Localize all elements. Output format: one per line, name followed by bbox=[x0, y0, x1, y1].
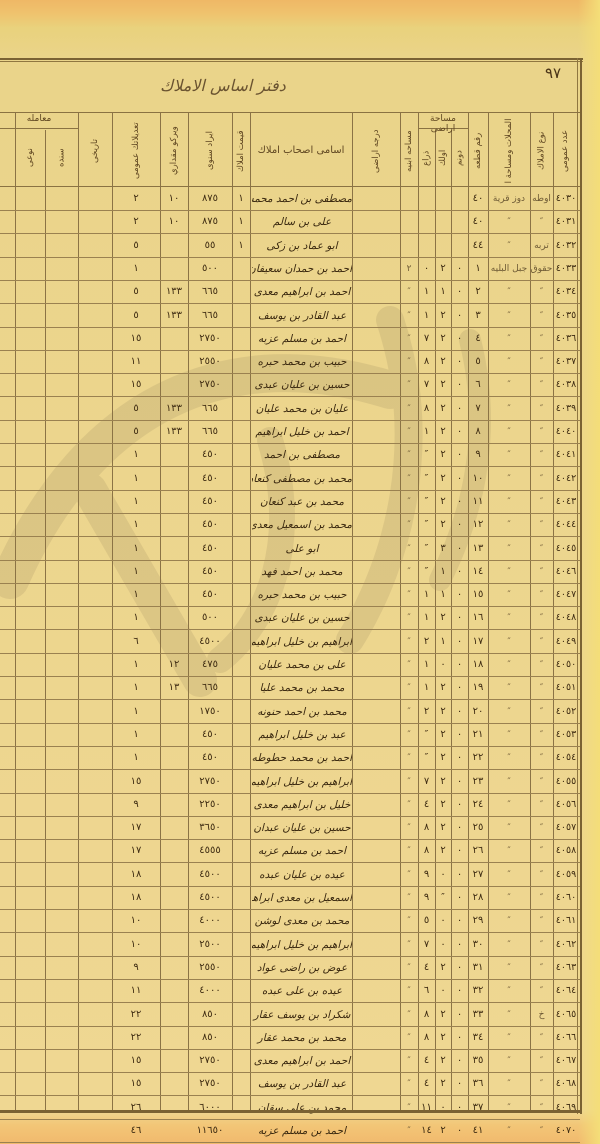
cell-evlek: ١ bbox=[435, 630, 451, 654]
cell-id: ٤٠٣٧ bbox=[553, 350, 579, 374]
cell-value: ٥٥ bbox=[188, 234, 232, 258]
cell-evlek: ٢ bbox=[435, 956, 451, 980]
cell-id: ٤٠٥٦ bbox=[553, 793, 579, 817]
cell-loc: خ bbox=[530, 1003, 553, 1027]
cell-locality: ″ bbox=[488, 863, 530, 887]
header-revenue: ايراد سنوى bbox=[188, 118, 232, 184]
cell-tax2: ١٨ bbox=[112, 863, 160, 887]
cell-name: حسين بن عليان عبدى bbox=[252, 373, 352, 397]
cell-value: ٤٥٠ bbox=[188, 467, 232, 491]
cell-loc: ″ bbox=[530, 816, 553, 840]
cell-tax1 bbox=[160, 1026, 188, 1050]
header-serial: عدد عمومى bbox=[553, 118, 577, 184]
cell-arshin: ″ bbox=[418, 537, 435, 561]
cell-tax1 bbox=[160, 373, 188, 397]
cell-value: ٢٥٠٠ bbox=[188, 933, 232, 957]
cell-value: ٢٥٥٠ bbox=[188, 956, 232, 980]
cell-dunum: ٠ bbox=[451, 397, 468, 421]
cell-evlek: ٢ bbox=[435, 420, 451, 444]
cell-id: ٤٠٧٠ bbox=[553, 1119, 579, 1143]
header-top-rule bbox=[0, 112, 580, 113]
cell-name: ابراهيم بن خليل ابراهيم bbox=[252, 933, 352, 957]
cell-bldg: ″ bbox=[400, 676, 418, 700]
cell-tax2: ١١ bbox=[112, 979, 160, 1003]
cell-bldg: ″ bbox=[400, 397, 418, 421]
cell-locality: ″ bbox=[488, 816, 530, 840]
cell-value: ٤٥٠ bbox=[188, 746, 232, 770]
cell-bldg: ٢ bbox=[400, 257, 418, 281]
cell-tax2: ٦ bbox=[112, 630, 160, 654]
cell-arshin: ٨ bbox=[418, 839, 435, 863]
table-row: ٤٠٥١″″١٩٠٢١″محمد بن محمد عليا٦٦٥١٣١ bbox=[0, 676, 580, 701]
cell-tax1 bbox=[160, 1003, 188, 1027]
cell-dunum bbox=[451, 187, 468, 211]
cell-evlek: ٢ bbox=[435, 467, 451, 491]
cell-loc: ″ bbox=[530, 956, 553, 980]
cell-bldg: ″ bbox=[400, 420, 418, 444]
cell-tax2: ١ bbox=[112, 257, 160, 281]
cell-id: ٤٠٦٥ bbox=[553, 1003, 579, 1027]
cell-share bbox=[232, 373, 250, 397]
header-value: قيمت املاك bbox=[232, 118, 250, 184]
cell-bldg: ″ bbox=[400, 1096, 418, 1120]
cell-loc: ″ bbox=[530, 537, 553, 561]
cell-evlek: ٢ bbox=[435, 770, 451, 794]
cell-tax1 bbox=[160, 956, 188, 980]
cell-locality: ″ bbox=[488, 630, 530, 654]
table-row: ٤٠٣٧″″٥٠٢٨″حبيب بن محمد حبره٢٥٥٠١١ bbox=[0, 350, 580, 375]
cell-loc: ″ bbox=[530, 1119, 553, 1143]
cell-name: احمد بن حمدان سعيفان bbox=[252, 257, 352, 281]
cell-locality: ″ bbox=[488, 1026, 530, 1050]
cell-tax2: ١ bbox=[112, 537, 160, 561]
cell-locality: ″ bbox=[488, 1072, 530, 1096]
cell-evlek: ٢ bbox=[435, 676, 451, 700]
cell-locality: ″ bbox=[488, 583, 530, 607]
cell-value: ٤٠٠٠ bbox=[188, 909, 232, 933]
cell-arshin: ٨ bbox=[418, 397, 435, 421]
cell-value: ٨٧٥ bbox=[188, 210, 232, 234]
cell-name: احمد بن ابراهيم معدى bbox=[252, 1049, 352, 1073]
cell-name: مصطفى بن احمد محمش bbox=[252, 187, 352, 211]
cell-share bbox=[232, 537, 250, 561]
cell-locality: ″ bbox=[488, 886, 530, 910]
cell-tax2: ١٧ bbox=[112, 816, 160, 840]
cell-loc: ″ bbox=[530, 583, 553, 607]
cell-dunum: ٠ bbox=[451, 467, 468, 491]
table-row: ٤٠٥٧″″٢٥٠٢٨″حسين بن عليان عبدان٣٦٥٠١٧ bbox=[0, 816, 580, 841]
cell-tax1 bbox=[160, 1049, 188, 1073]
cell-loc: ″ bbox=[530, 280, 553, 304]
cell-dunum: ٠ bbox=[451, 933, 468, 957]
cell-tax2: ١٥ bbox=[112, 1072, 160, 1096]
table-row: ٤٠٣٢تربه″٤٤ابو عماد بن زكى١٥٥٥ bbox=[0, 234, 580, 259]
cell-tax1 bbox=[160, 350, 188, 374]
cell-evlek: ٢ bbox=[435, 373, 451, 397]
cell-loc: ″ bbox=[530, 1026, 553, 1050]
cell-arshin: ٧ bbox=[418, 327, 435, 351]
cell-name: عيده بن عليان عبده bbox=[252, 863, 352, 887]
cell-plot: ٤٤ bbox=[468, 234, 488, 258]
cell-plot: ٢٠ bbox=[468, 700, 488, 724]
cell-value: ٨٧٥ bbox=[188, 187, 232, 211]
cell-bldg: ″ bbox=[400, 467, 418, 491]
cell-locality: ″ bbox=[488, 1003, 530, 1027]
cell-id: ٤٠٤٩ bbox=[553, 630, 579, 654]
cell-name: على بن محمد عليان bbox=[252, 653, 352, 677]
table-row: ٤٠٥٤″″٢٢٠٢″″احمد بن محمد حطوطه٤٥٠١ bbox=[0, 746, 580, 771]
cell-plot: ٣٢ bbox=[468, 979, 488, 1003]
cell-share bbox=[232, 1072, 250, 1096]
cell-locality: ″ bbox=[488, 979, 530, 1003]
cell-arshin: ١١ bbox=[418, 1096, 435, 1120]
cell-bldg: ″ bbox=[400, 583, 418, 607]
header-tax: ويركو مقداري bbox=[160, 118, 188, 184]
table-row: ٤٠٦٨″″٣٦٠٢٤″عبد القادر بن يوسف٢٧٥٠١٥ bbox=[0, 1072, 580, 1097]
cell-tax2: ١٥ bbox=[112, 373, 160, 397]
cell-tax2: ١١ bbox=[112, 350, 160, 374]
table-row: ٤٠٣٣حقوقجبل البليه١٠٢٠٢احمد بن حمدان سعي… bbox=[0, 257, 580, 282]
page-frame-right bbox=[580, 58, 582, 1114]
cell-plot: ١١ bbox=[468, 490, 488, 514]
table-row: ٤٠٥٥″″٢٣٠٢٧″ابراهيم بن خليل ابراهيم٢٧٥٠١… bbox=[0, 770, 580, 795]
cell-tax1 bbox=[160, 863, 188, 887]
cell-tax1 bbox=[160, 490, 188, 514]
cell-evlek: ٢ bbox=[435, 839, 451, 863]
cell-share bbox=[232, 1119, 250, 1143]
table-row: ٤٠٦٢″″٣٠٠٠٧″ابراهيم بن خليل ابراهيم٢٥٠٠١… bbox=[0, 933, 580, 958]
cell-plot: ٢٧ bbox=[468, 863, 488, 887]
cell-locality: ″ bbox=[488, 327, 530, 351]
cell-share bbox=[232, 490, 250, 514]
table-row: ٤٠٣٥″″٣٠٢١″عبد القادر بن يوسف٦٦٥١٣٣٥ bbox=[0, 304, 580, 329]
cell-bldg: ″ bbox=[400, 909, 418, 933]
cell-arshin: ٠ bbox=[418, 257, 435, 281]
cell-share bbox=[232, 467, 250, 491]
cell-id: ٤٠٣١ bbox=[553, 210, 579, 234]
header-dunum: دونم bbox=[451, 132, 468, 184]
cell-arshin: ١ bbox=[418, 653, 435, 677]
cell-value: ٥٠٠ bbox=[188, 606, 232, 630]
table-row: ٤٠٦٧″″٣٥٠٢٤″احمد بن ابراهيم معدى٢٧٥٠١٥ bbox=[0, 1049, 580, 1074]
header-col-a: تاريخى bbox=[78, 118, 112, 184]
cell-tax2: ٥ bbox=[112, 234, 160, 258]
cell-name: ابراهيم بن خليل ابراهيم bbox=[252, 630, 352, 654]
cell-dunum: ٠ bbox=[451, 909, 468, 933]
cell-id: ٤٠٤٠ bbox=[553, 420, 579, 444]
cell-plot: ١٤ bbox=[468, 560, 488, 584]
cell-evlek: ٢ bbox=[435, 1026, 451, 1050]
table-row: ٤٠٦٥خ″٣٣٠٢٨″شكراد بن يوسف عقار٨٥٠٢٢ bbox=[0, 1003, 580, 1028]
cell-id: ٤٠٣٩ bbox=[553, 397, 579, 421]
cell-id: ٤٠٦٦ bbox=[553, 1026, 579, 1050]
cell-evlek bbox=[435, 187, 451, 211]
cell-locality: ″ bbox=[488, 467, 530, 491]
cell-name: احمد بن محمد حطوطه bbox=[252, 746, 352, 770]
cell-value: ٤٥٠٠ bbox=[188, 630, 232, 654]
cell-tax2: ١ bbox=[112, 700, 160, 724]
cell-tax2: ١٥ bbox=[112, 770, 160, 794]
cell-share bbox=[232, 630, 250, 654]
cell-tax2: ١٠ bbox=[112, 909, 160, 933]
header-locality: نوع الاملاك bbox=[530, 118, 553, 184]
cell-tax2: ١٥ bbox=[112, 1049, 160, 1073]
cell-share bbox=[232, 770, 250, 794]
cell-name: ابراهيم بن خليل ابراهيم bbox=[252, 770, 352, 794]
cell-dunum: ٠ bbox=[451, 886, 468, 910]
cell-tax2: ١ bbox=[112, 583, 160, 607]
cell-share bbox=[232, 979, 250, 1003]
cell-locality: ″ bbox=[488, 443, 530, 467]
cell-tax1 bbox=[160, 793, 188, 817]
table-row: ٤٠٥٩″″٢٧٠٠٩″عيده بن عليان عبده٤٥٠٠١٨ bbox=[0, 863, 580, 888]
cell-name: احمد بن مسلم عزبه bbox=[252, 1119, 352, 1143]
cell-bldg: ″ bbox=[400, 373, 418, 397]
cell-name: عبد القادر بن يوسف bbox=[252, 304, 352, 328]
cell-name: محمد بن احمد فهد bbox=[252, 560, 352, 584]
cell-tax2: ٢٦ bbox=[112, 1096, 160, 1120]
cell-dunum: ٠ bbox=[451, 606, 468, 630]
table-row: ٤٠٣١″″٤٠على بن سالم١٨٧٥١٠٢ bbox=[0, 210, 580, 235]
cell-arshin: ٧ bbox=[418, 770, 435, 794]
cell-id: ٤٠٣٥ bbox=[553, 304, 579, 328]
cell-locality: ″ bbox=[488, 210, 530, 234]
cell-dunum: ٠ bbox=[451, 1026, 468, 1050]
cell-plot: ٧ bbox=[468, 397, 488, 421]
cell-id: ٤٠٣٦ bbox=[553, 327, 579, 351]
cell-tax2: ١٥ bbox=[112, 327, 160, 351]
cell-loc: ″ bbox=[530, 373, 553, 397]
cell-id: ٤٠٥٩ bbox=[553, 863, 579, 887]
cell-arshin: ″ bbox=[418, 723, 435, 747]
cell-tax1: ١٠ bbox=[160, 210, 188, 234]
table-row: ٤٠٣٨″″٦٠٢٧″حسين بن عليان عبدى٢٧٥٠١٥ bbox=[0, 373, 580, 398]
cell-value: ٦٠٠٠ bbox=[188, 1096, 232, 1120]
cell-tax2: ١ bbox=[112, 467, 160, 491]
cell-tax2: ٥ bbox=[112, 304, 160, 328]
table-row: ٤٠٣٤″″٢٠١١″احمد بن ابراهيم معدى٦٦٥١٣٣٥ bbox=[0, 280, 580, 305]
cell-plot: ٢٦ bbox=[468, 839, 488, 863]
cell-dunum: ٠ bbox=[451, 816, 468, 840]
cell-name: عوض بن راضى عواد bbox=[252, 956, 352, 980]
cell-name: حسين بن عليان عبدى bbox=[252, 606, 352, 630]
cell-share bbox=[232, 723, 250, 747]
cell-value: ٦٦٥ bbox=[188, 676, 232, 700]
cell-share bbox=[232, 304, 250, 328]
cell-bldg: ″ bbox=[400, 1072, 418, 1096]
header-quality: درجه اراضى bbox=[352, 118, 400, 184]
cell-loc: ″ bbox=[530, 327, 553, 351]
cell-arshin: ٢ bbox=[418, 630, 435, 654]
table-row: ٤٠٦٩″″٣٧٠٠١١″محمد بن على سقان٦٠٠٠٢٦ bbox=[0, 1096, 580, 1121]
cell-bldg: ″ bbox=[400, 700, 418, 724]
cell-tax2: ١ bbox=[112, 653, 160, 677]
table-row: ٤٠٥٣″″٢١٠٢″″عبد بن خليل ابراهيم٤٥٠١ bbox=[0, 723, 580, 748]
cell-loc: ″ bbox=[530, 606, 553, 630]
cell-arshin: ٨ bbox=[418, 1003, 435, 1027]
cell-name: محمد بن مصطفى كنعان bbox=[252, 467, 352, 491]
cell-value: ٢٢٥٠ bbox=[188, 793, 232, 817]
cell-tax1 bbox=[160, 723, 188, 747]
cell-evlek: ٢ bbox=[435, 1072, 451, 1096]
page-number: ٩٧ bbox=[545, 64, 561, 82]
table-row: ٤٠٤٨″″١٦٠٢١″حسين بن عليان عبدى٥٠٠١ bbox=[0, 606, 580, 631]
cell-value: ٤٥٠ bbox=[188, 537, 232, 561]
cell-locality: جبل البليه bbox=[488, 257, 530, 281]
cell-evlek: ٢ bbox=[435, 513, 451, 537]
header-transactions-group: معامله bbox=[0, 114, 78, 129]
cell-dunum: ٠ bbox=[451, 513, 468, 537]
cell-id: ٤٠٥٢ bbox=[553, 700, 579, 724]
cell-bldg: ″ bbox=[400, 304, 418, 328]
cell-bldg: ″ bbox=[400, 280, 418, 304]
cell-evlek: ٢ bbox=[435, 327, 451, 351]
cell-bldg: ″ bbox=[400, 1003, 418, 1027]
cell-loc: ″ bbox=[530, 560, 553, 584]
cell-arshin: ″ bbox=[418, 513, 435, 537]
cell-tax2: ١ bbox=[112, 676, 160, 700]
cell-locality: ″ bbox=[488, 653, 530, 677]
cell-tax1 bbox=[160, 1096, 188, 1120]
cell-evlek: ٠ bbox=[435, 1096, 451, 1120]
cell-arshin: ٥ bbox=[418, 909, 435, 933]
cell-evlek bbox=[435, 210, 451, 234]
cell-evlek: ٠ bbox=[435, 909, 451, 933]
cell-evlek: ٢ bbox=[435, 350, 451, 374]
cell-locality: ″ bbox=[488, 793, 530, 817]
cell-tax2: ١٧ bbox=[112, 839, 160, 863]
cell-loc: ″ bbox=[530, 513, 553, 537]
cell-tax1: ١٣٣ bbox=[160, 420, 188, 444]
cell-dunum: ٠ bbox=[451, 490, 468, 514]
cell-name: مصطفى بن احمد bbox=[252, 443, 352, 467]
cell-locality: ″ bbox=[488, 280, 530, 304]
cell-evlek: ″ bbox=[435, 886, 451, 910]
cell-bldg: ″ bbox=[400, 816, 418, 840]
cell-id: ٤٠٣٠ bbox=[553, 187, 579, 211]
cell-bldg: ″ bbox=[400, 793, 418, 817]
cell-evlek: ٠ bbox=[435, 933, 451, 957]
cell-locality: ″ bbox=[488, 234, 530, 258]
cell-plot: ٤١ bbox=[468, 1119, 488, 1143]
cell-tax1: ١٣٣ bbox=[160, 397, 188, 421]
cell-loc: ″ bbox=[530, 933, 553, 957]
cell-locality: ″ bbox=[488, 1119, 530, 1143]
cell-plot: ٢٨ bbox=[468, 886, 488, 910]
table-row: ٤٠٤٣″″١١٠٢″″محمد بن عبد كنعان٤٥٠١ bbox=[0, 490, 580, 515]
cell-tax1 bbox=[160, 909, 188, 933]
cell-share bbox=[232, 397, 250, 421]
table-row: ٤٠٤١″″٩٠٢″″مصطفى بن احمد٤٥٠١ bbox=[0, 443, 580, 468]
cell-bldg bbox=[400, 210, 418, 234]
cell-locality: ″ bbox=[488, 304, 530, 328]
cell-tax2: ٩ bbox=[112, 793, 160, 817]
cell-name: عيده بن على عبده bbox=[252, 979, 352, 1003]
cell-bldg: ″ bbox=[400, 490, 418, 514]
cell-locality: ″ bbox=[488, 909, 530, 933]
cell-arshin: ٧ bbox=[418, 373, 435, 397]
cell-tax2: ٥ bbox=[112, 397, 160, 421]
cell-arshin: ٨ bbox=[418, 1026, 435, 1050]
cell-loc: ″ bbox=[530, 1072, 553, 1096]
cell-value: ٢٧٥٠ bbox=[188, 1049, 232, 1073]
cell-evlek: ١ bbox=[435, 583, 451, 607]
cell-value: ٨٥٠ bbox=[188, 1026, 232, 1050]
cell-loc: ″ bbox=[530, 490, 553, 514]
cell-locality: دوز قرية bbox=[488, 187, 530, 211]
cell-loc: ″ bbox=[530, 1096, 553, 1120]
cell-name: ابو عماد بن زكى bbox=[252, 234, 352, 258]
cell-plot: ٢٩ bbox=[468, 909, 488, 933]
cell-tax2: ٤٦ bbox=[112, 1119, 160, 1143]
cell-name: احمد بن ابراهيم معدى bbox=[252, 280, 352, 304]
cell-plot: ٦ bbox=[468, 373, 488, 397]
cell-loc: ″ bbox=[530, 770, 553, 794]
cell-share bbox=[232, 909, 250, 933]
cell-loc: ″ bbox=[530, 746, 553, 770]
cell-name: محمد بن محمد عليا bbox=[252, 676, 352, 700]
cell-tax1: ١٢ bbox=[160, 653, 188, 677]
cell-tax1: ١٠ bbox=[160, 187, 188, 211]
cell-dunum: ٠ bbox=[451, 793, 468, 817]
header-owners-names: اسامى اصحاب املاك bbox=[250, 118, 352, 184]
cell-dunum: ٠ bbox=[451, 280, 468, 304]
cell-arshin: ٨ bbox=[418, 350, 435, 374]
cell-value: ٢٧٥٠ bbox=[188, 1072, 232, 1096]
cell-arshin: ١ bbox=[418, 583, 435, 607]
table-row: ٤٠٦٣″″٣١٠٢٤″عوض بن راضى عواد٢٥٥٠٩ bbox=[0, 956, 580, 981]
cell-tax1 bbox=[160, 467, 188, 491]
cell-value: ٥٠٠ bbox=[188, 257, 232, 281]
cell-tax1 bbox=[160, 234, 188, 258]
cell-name: على بن سالم bbox=[252, 210, 352, 234]
cell-bldg: ″ bbox=[400, 956, 418, 980]
cell-evlek: ٢ bbox=[435, 397, 451, 421]
cell-value: ٤٥٠ bbox=[188, 583, 232, 607]
cell-bldg: ″ bbox=[400, 839, 418, 863]
cell-tax1 bbox=[160, 746, 188, 770]
cell-id: ٤٠٦٢ bbox=[553, 933, 579, 957]
cell-share bbox=[232, 863, 250, 887]
cell-dunum: ٠ bbox=[451, 537, 468, 561]
cell-dunum: ٠ bbox=[451, 1003, 468, 1027]
cell-value: ٤٥٠ bbox=[188, 723, 232, 747]
header-plot-number: رقم قطعه bbox=[468, 118, 488, 184]
cell-loc: ″ bbox=[530, 1049, 553, 1073]
cell-value: ٤٥٠٠ bbox=[188, 886, 232, 910]
table-row: ٤٠٤٥″″١٣٠٣″″ابو على٤٥٠١ bbox=[0, 537, 580, 562]
cell-arshin: ″ bbox=[418, 490, 435, 514]
cell-bldg: ″ bbox=[400, 723, 418, 747]
cell-id: ٤٠٤٢ bbox=[553, 467, 579, 491]
cell-arshin: ″ bbox=[418, 467, 435, 491]
cell-value: ٤٥٠ bbox=[188, 560, 232, 584]
cell-locality: ″ bbox=[488, 839, 530, 863]
cell-value: ٢٧٥٠ bbox=[188, 327, 232, 351]
cell-tax1 bbox=[160, 513, 188, 537]
cell-plot: ٩ bbox=[468, 443, 488, 467]
cell-loc: ″ bbox=[530, 723, 553, 747]
cell-plot: ١٣ bbox=[468, 537, 488, 561]
cell-share bbox=[232, 1003, 250, 1027]
cell-plot: ٨ bbox=[468, 420, 488, 444]
cell-tax2: ١ bbox=[112, 746, 160, 770]
cell-share bbox=[232, 676, 250, 700]
cell-value: ١١٦٥٠ bbox=[188, 1119, 232, 1143]
table-bottom-rule bbox=[0, 1110, 582, 1113]
cell-name: حبيب بن محمد حبره bbox=[252, 583, 352, 607]
cell-loc: ″ bbox=[530, 420, 553, 444]
